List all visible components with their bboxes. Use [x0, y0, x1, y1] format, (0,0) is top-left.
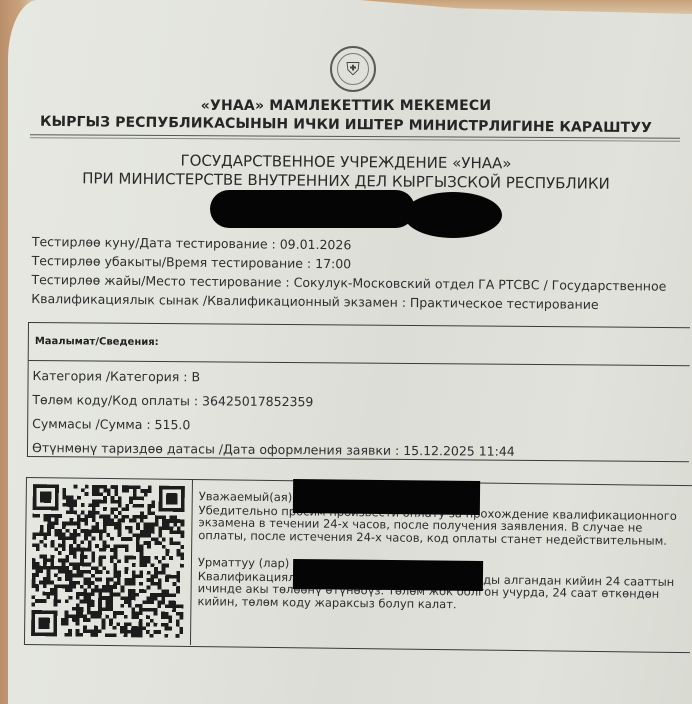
- shield-icon: ⛨: [337, 53, 369, 85]
- redaction-recipient-kg: [293, 559, 483, 591]
- qr-code-icon[interactable]: [31, 484, 185, 638]
- test-info: Тестирлөө куну/Дата тестирование : 09.01…: [31, 232, 667, 315]
- redaction-name-2: [404, 192, 502, 238]
- org-title-kg: «УНАА» МАМЛЕКЕТТИК МЕКЕМЕСИ: [0, 98, 692, 114]
- redaction-recipient-ru: [293, 479, 480, 515]
- redaction-name: [210, 190, 415, 228]
- details-heading: Маалымат/Сведения:: [29, 323, 690, 366]
- details-box: Маалымат/Сведения: Категория /Категория …: [27, 322, 690, 462]
- qr-cell: [25, 478, 193, 645]
- ministry-emblem-icon: ⛨: [330, 46, 376, 92]
